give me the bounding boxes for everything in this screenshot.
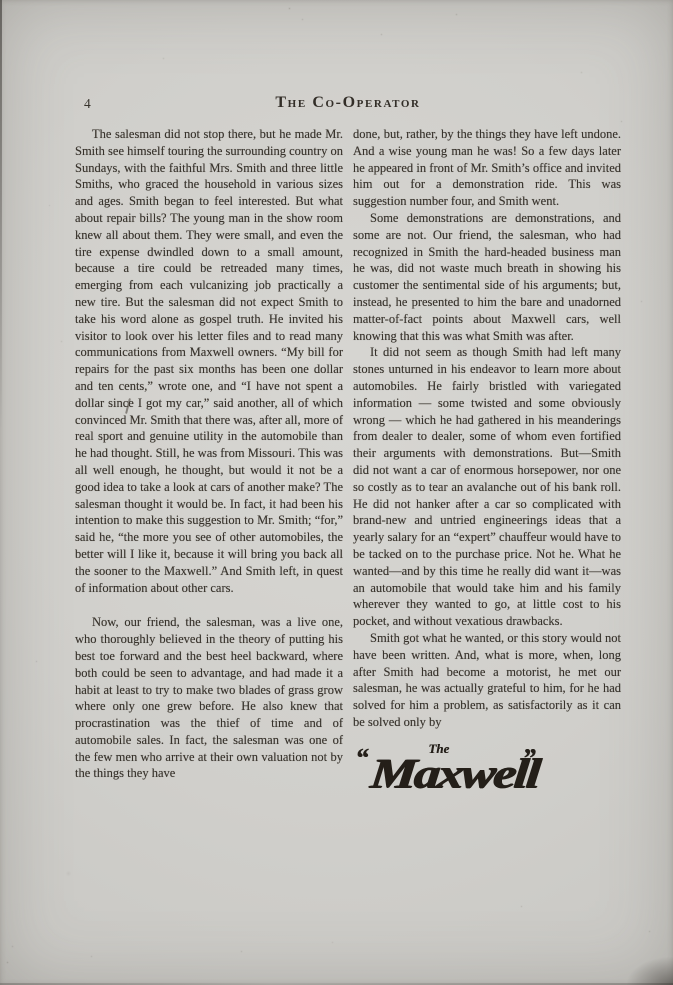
article-body: The salesman did not stop there, but he … (75, 126, 621, 795)
scanned-page: 4 The Co-Operator The salesman did not s… (0, 0, 673, 985)
logo-name: Maxwell (369, 752, 541, 794)
paragraph: The salesman did not stop there, but he … (75, 126, 343, 596)
paragraph: Smith got what he wanted, or this story … (353, 630, 621, 731)
paragraph: done, but, rather, by the things they ha… (353, 126, 621, 210)
left-column: The salesman did not stop there, but he … (75, 126, 343, 795)
page-title: The Co-Operator (75, 94, 621, 112)
paragraph: Some demonstrations are demonstrations, … (353, 210, 621, 344)
scan-corner-smudge (627, 957, 673, 985)
scan-edge-artifact (0, 0, 2, 430)
running-head: 4 The Co-Operator (75, 94, 621, 124)
logo-wordmark: TheMaxwell (369, 749, 519, 795)
right-column: done, but, rather, by the things they ha… (353, 126, 621, 795)
paragraph: Now, our friend, the salesman, was a liv… (75, 614, 343, 782)
page-number: 4 (84, 96, 91, 112)
paragraph: It did not seem as though Smith had left… (353, 344, 621, 630)
paper-specks (0, 0, 1, 1)
logo-open-quote: “ (355, 743, 367, 773)
maxwell-logo: “TheMaxwell” (353, 745, 621, 795)
